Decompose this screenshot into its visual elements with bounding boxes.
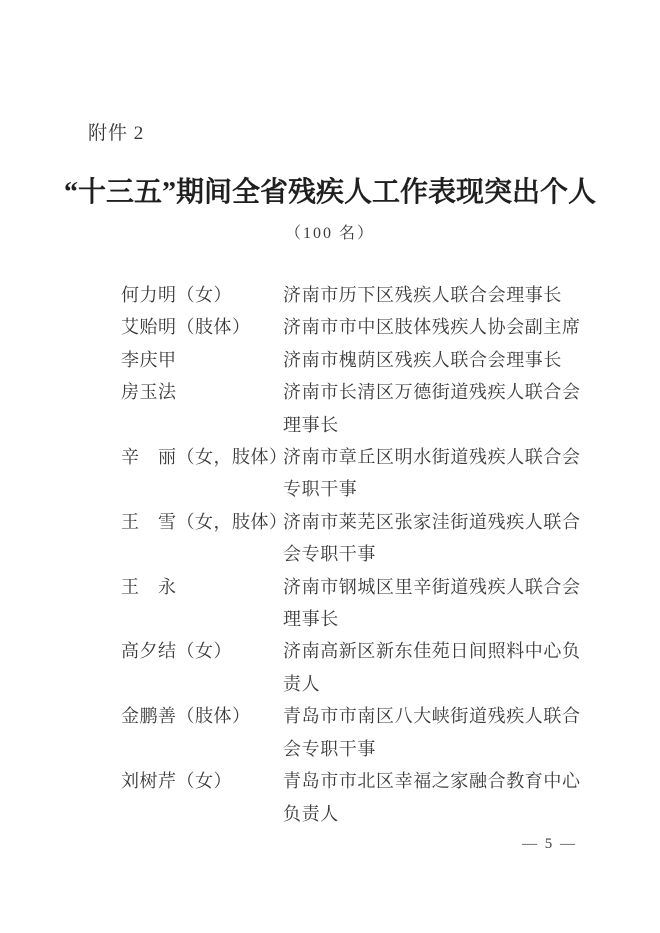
awardee-organization: 济南市钢城区里辛街道残疾人联合会理事长 — [283, 571, 581, 636]
awardee-organization: 济南市长清区万德街道残疾人联合会理事长 — [283, 376, 581, 441]
list-item: 王 雪（女，肢体）济南市莱芜区张家洼街道残疾人联合会专职干事 — [121, 506, 581, 571]
attachment-label: 附件 2 — [88, 118, 144, 145]
list-item: 刘树芹（女）青岛市市北区幸福之家融合教育中心负责人 — [121, 765, 581, 830]
page-subtitle: （100 名） — [0, 220, 660, 243]
list-item: 高夕结（女）济南高新区新东佳苑日间照料中心负责人 — [121, 635, 581, 700]
org-line: 济南市历下区残疾人联合会理事长 — [283, 279, 581, 311]
awardee-organization: 青岛市市北区幸福之家融合教育中心负责人 — [283, 765, 581, 830]
awardee-organization: 济南市章丘区明水街道残疾人联合会专职干事 — [283, 441, 581, 506]
awardee-name: 金鹏善（肢体） — [121, 700, 283, 732]
org-line: 济南市莱芜区张家洼街道残疾人联合 — [283, 506, 581, 538]
org-line: 理事长 — [283, 603, 581, 635]
awardee-name: 房玉法 — [121, 376, 283, 408]
awardee-name: 艾贻明（肢体） — [121, 311, 283, 343]
list-item: 艾贻明（肢体）济南市市中区肢体残疾人协会副主席 — [121, 311, 581, 343]
awardee-organization: 青岛市市南区八大峡街道残疾人联合会专职干事 — [283, 700, 581, 765]
org-line: 责人 — [283, 668, 581, 700]
org-line: 专职干事 — [283, 473, 581, 505]
awardee-name: 李庆甲 — [121, 344, 283, 376]
awardee-organization: 济南市莱芜区张家洼街道残疾人联合会专职干事 — [283, 506, 581, 571]
list-item: 王 永济南市钢城区里辛街道残疾人联合会理事长 — [121, 571, 581, 636]
org-line: 青岛市市北区幸福之家融合教育中心 — [283, 765, 581, 797]
page-number: — 5 — — [522, 836, 577, 853]
list-item: 金鹏善（肢体）青岛市市南区八大峡街道残疾人联合会专职干事 — [121, 700, 581, 765]
org-line: 济南市钢城区里辛街道残疾人联合会 — [283, 571, 581, 603]
awardee-organization: 济南高新区新东佳苑日间照料中心负责人 — [283, 635, 581, 700]
awardee-organization: 济南市历下区残疾人联合会理事长 — [283, 279, 581, 311]
org-line: 理事长 — [283, 409, 581, 441]
awardee-name: 王 永 — [121, 571, 283, 603]
document-page: 附件 2 “十三五”期间全省残疾人工作表现突出个人 （100 名） 何力明（女）… — [0, 0, 660, 933]
list-item: 辛 丽（女，肢体）济南市章丘区明水街道残疾人联合会专职干事 — [121, 441, 581, 506]
awardee-name: 高夕结（女） — [121, 635, 283, 667]
awardee-name: 刘树芹（女） — [121, 765, 283, 797]
awardee-name: 辛 丽（女，肢体） — [121, 441, 283, 473]
org-line: 济南市槐荫区残疾人联合会理事长 — [283, 344, 581, 376]
org-line: 济南市章丘区明水街道残疾人联合会 — [283, 441, 581, 473]
list-item: 何力明（女）济南市历下区残疾人联合会理事长 — [121, 279, 581, 311]
org-line: 青岛市市南区八大峡街道残疾人联合 — [283, 700, 581, 732]
org-line: 济南市市中区肢体残疾人协会副主席 — [283, 311, 581, 343]
awardee-name: 王 雪（女，肢体） — [121, 506, 283, 538]
page-title: “十三五”期间全省残疾人工作表现突出个人 — [0, 178, 660, 208]
awardee-list: 何力明（女）济南市历下区残疾人联合会理事长艾贻明（肢体）济南市市中区肢体残疾人协… — [121, 279, 581, 830]
org-line: 会专职干事 — [283, 538, 581, 570]
list-item: 李庆甲济南市槐荫区残疾人联合会理事长 — [121, 344, 581, 376]
awardee-name: 何力明（女） — [121, 279, 283, 311]
org-line: 负责人 — [283, 798, 581, 830]
list-item: 房玉法济南市长清区万德街道残疾人联合会理事长 — [121, 376, 581, 441]
awardee-organization: 济南市市中区肢体残疾人协会副主席 — [283, 311, 581, 343]
org-line: 会专职干事 — [283, 733, 581, 765]
org-line: 济南高新区新东佳苑日间照料中心负 — [283, 635, 581, 667]
awardee-organization: 济南市槐荫区残疾人联合会理事长 — [283, 344, 581, 376]
org-line: 济南市长清区万德街道残疾人联合会 — [283, 376, 581, 408]
